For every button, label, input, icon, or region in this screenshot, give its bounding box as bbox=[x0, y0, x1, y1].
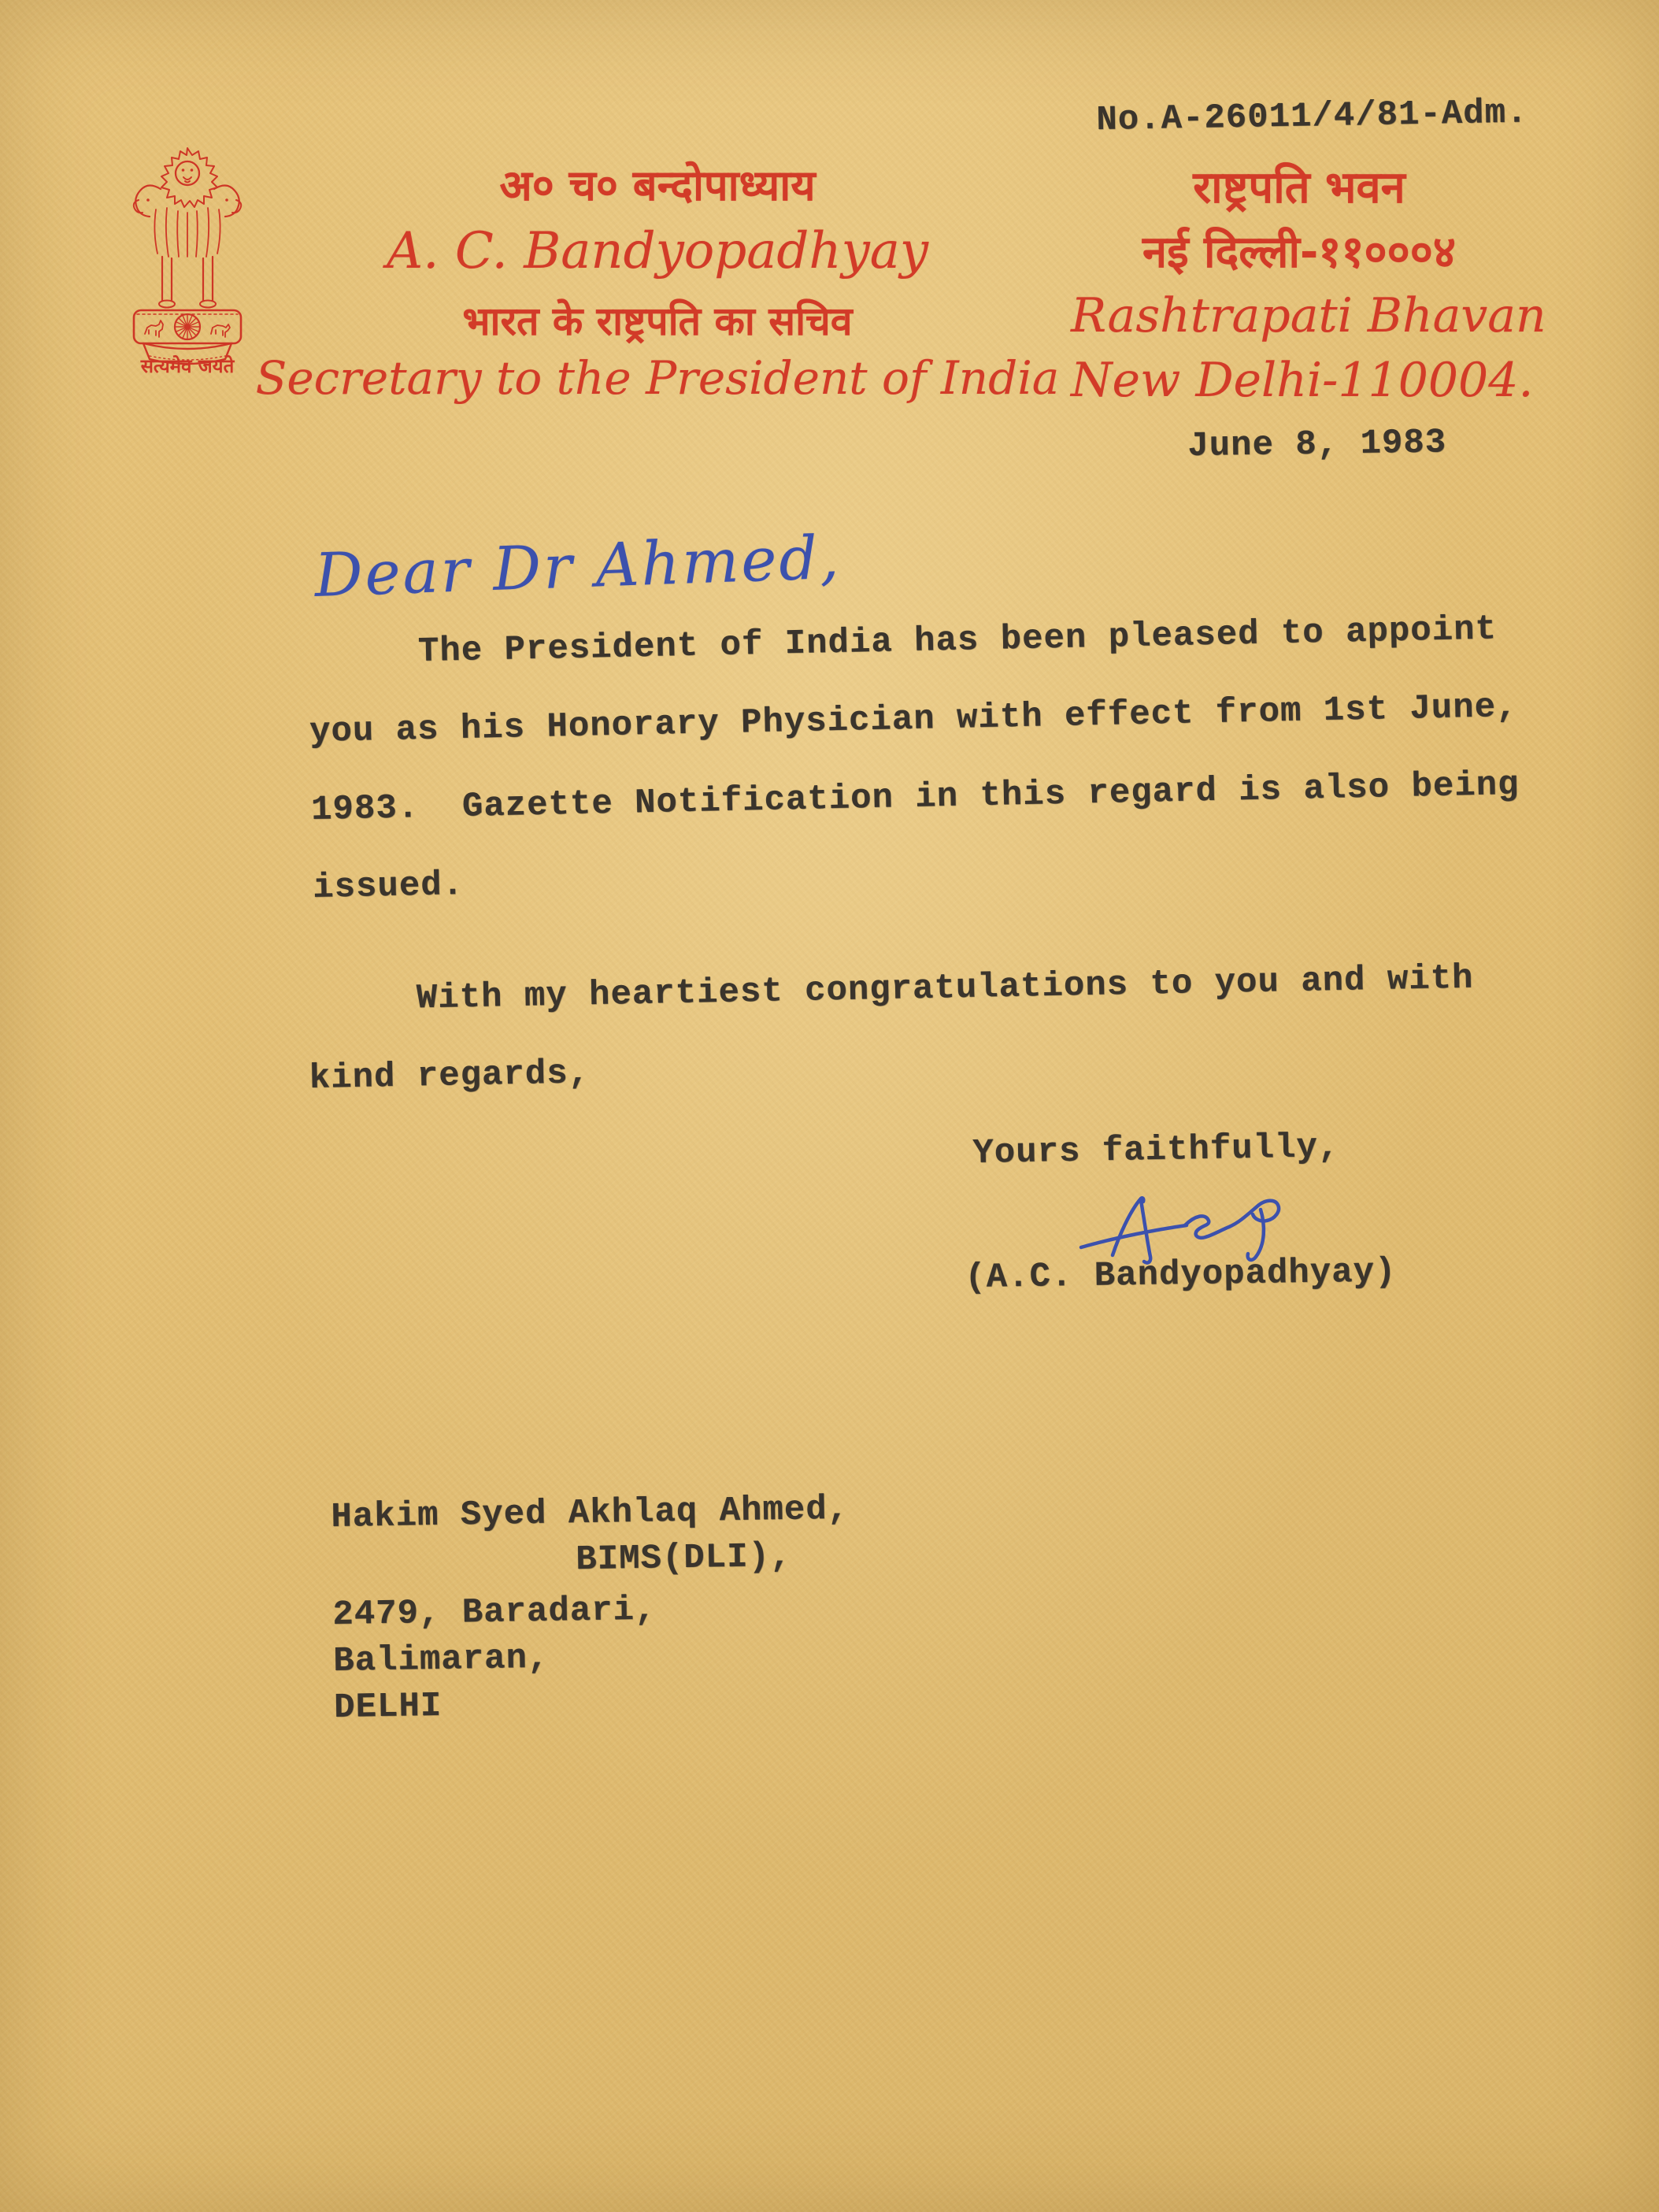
letter-date: June 8, 1983 bbox=[1187, 423, 1447, 466]
reference-number: No.A-26011/4/81-Adm. bbox=[1096, 93, 1528, 140]
sender-name-english: A. C. Bandyopadhyay bbox=[283, 222, 1031, 280]
signer-name: (A.C. Bandyopadhyay) bbox=[965, 1252, 1397, 1298]
closing-phrase: Yours faithfully, bbox=[972, 1128, 1340, 1173]
office-name-english: Rashtrapati Bhavan bbox=[1071, 288, 1528, 343]
office-name-hindi: राष्ट्रपति भवन bbox=[1087, 156, 1512, 216]
letter-document: सत्यमेव जयते अ० च० बन्दोपाध्याय A. C. Ba… bbox=[0, 0, 1659, 2212]
emblem-motto: सत्यमेव जयते bbox=[140, 355, 235, 377]
sender-title-english: Secretary to the President of India bbox=[236, 351, 1079, 405]
sender-name-hindi: अ० च० बन्दोपाध्याय bbox=[283, 154, 1031, 213]
body-paragraph-2: With my heartiest congratulations to you… bbox=[307, 938, 1601, 1118]
office-address-english: New Delhi-110004. bbox=[1071, 353, 1528, 408]
salutation-handwritten: Dear Dr Ahmed, bbox=[313, 522, 842, 610]
sender-title-hindi: भारत के राष्ट्रपति का सचिव bbox=[283, 293, 1031, 346]
body-paragraph-1: The President of India has been pleased … bbox=[307, 589, 1605, 928]
recipient-address-block: Hakim Syed Akhlaq Ahmed, BIMS(DLI), 2479… bbox=[331, 1484, 1043, 1732]
state-emblem-icon: सत्यमेव जयते bbox=[107, 132, 268, 378]
office-address-hindi: नई दिल्ली-११०००४ bbox=[1087, 220, 1512, 280]
